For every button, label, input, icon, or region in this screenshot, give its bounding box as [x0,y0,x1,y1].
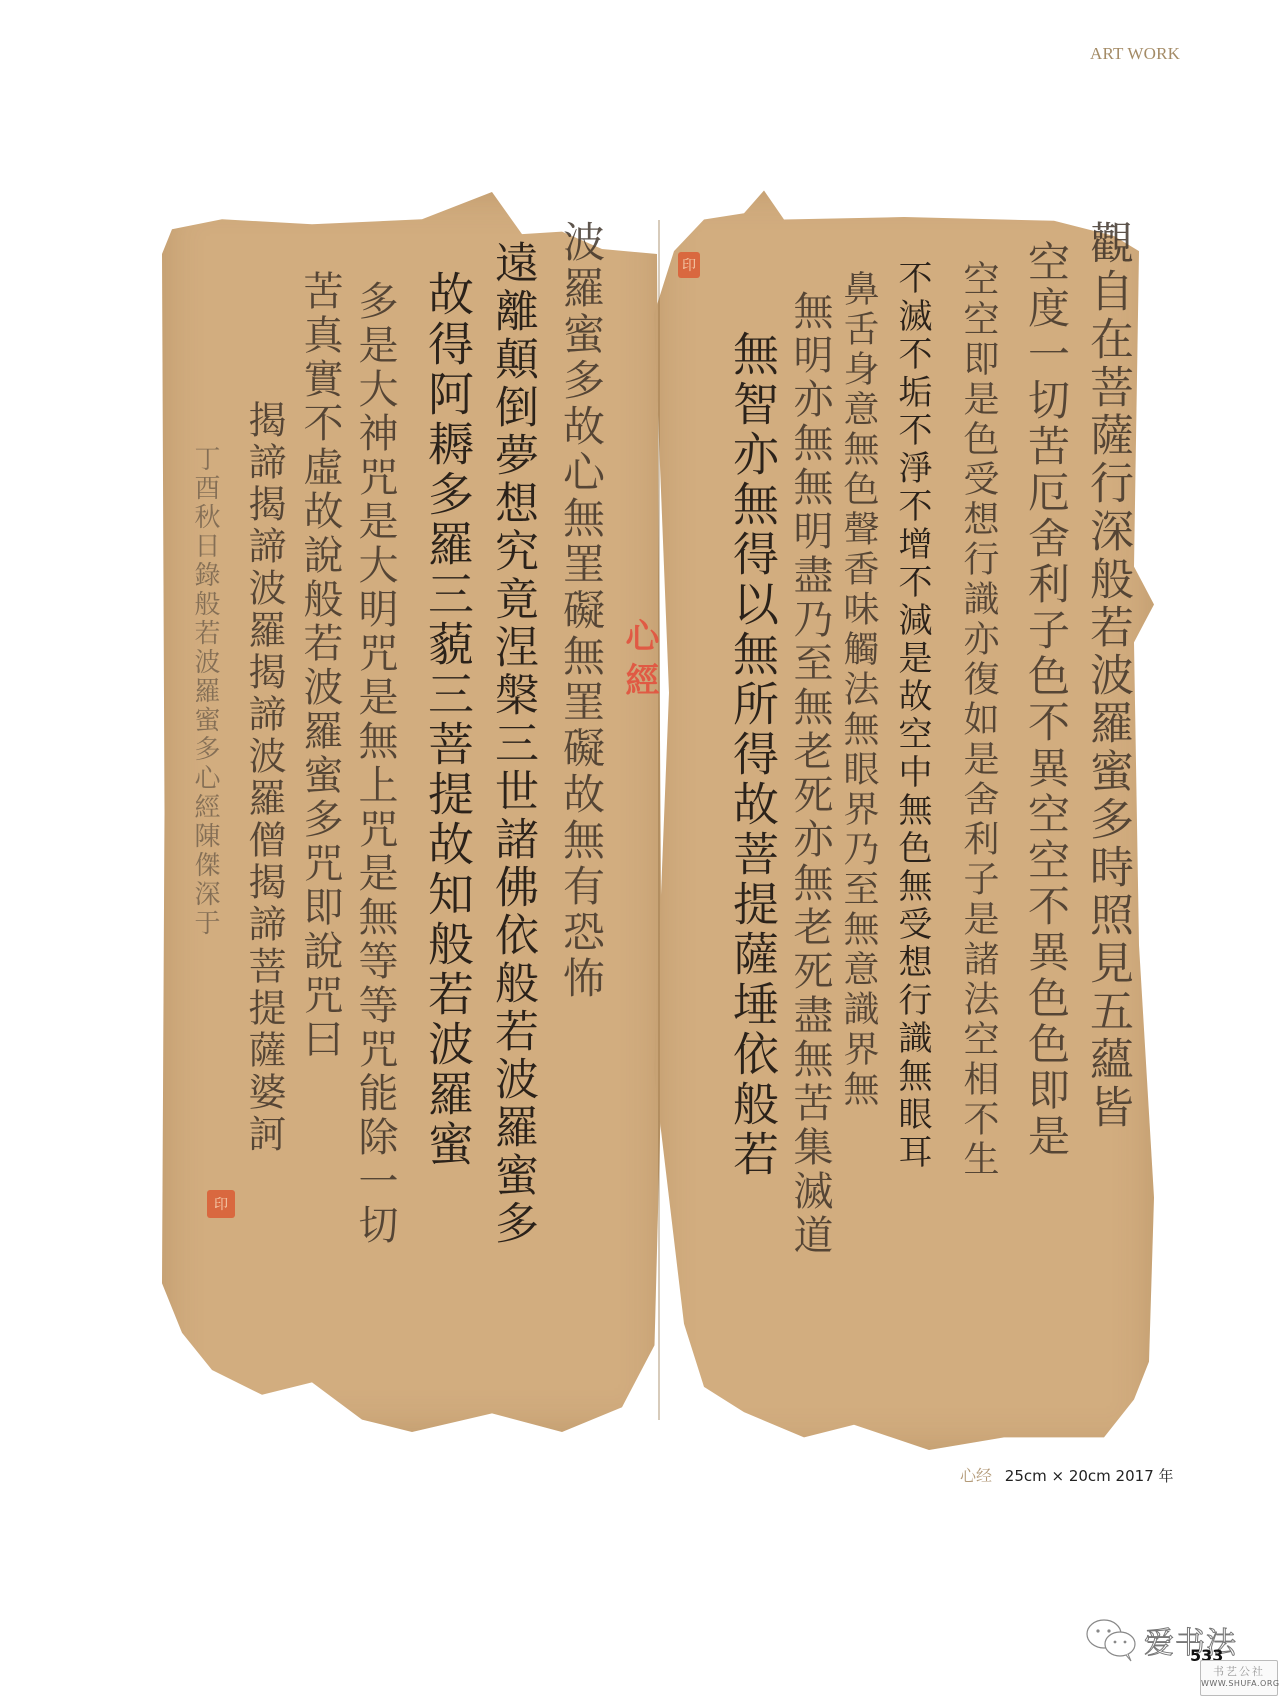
stamp-url: WWW.SHUFA.ORG [1201,1679,1277,1688]
title-seal-xinjing: 心經 [615,618,664,706]
watermark: 爱书法 533 书艺公社 WWW.SHUFA.ORG [1080,1612,1280,1696]
sutra-column: 觀自在菩薩行深般若波羅蜜多時照見五蘊皆 [1085,220,1129,1132]
sutra-column: 不滅不垢不淨不增不減是故空中無色無受想行識無眼耳 [895,260,929,1172]
paper-seam [658,220,660,1420]
caption-title: 心经 [960,1466,992,1485]
section-label: ART WORK [1090,44,1180,64]
sutra-column: 苦真實不虛故說般若波羅蜜多咒即說咒曰 [300,270,340,1062]
sutra-column: 無明亦無無明盡乃至無老死亦無老死盡無苦集滅道 [790,290,830,1258]
sutra-column: 故得阿耨多羅三藐三菩提故知般若波羅蜜 [425,270,471,1170]
sutra-column: 鼻舌身意無色聲香味觸法無眼界乃至無意識界無 [840,270,876,1110]
artist-seal-top: 印 [678,252,700,278]
wechat-icon [1084,1616,1140,1664]
stamp-line1: 书艺公社 [1201,1663,1277,1679]
caption-details: 25cm × 20cm 2017 年 [1005,1467,1174,1485]
sutra-column: 多是大神咒是大明咒是無上咒是無等等咒能除一切 [355,280,395,1248]
site-stamp: 书艺公社 WWW.SHUFA.ORG [1200,1660,1278,1696]
sutra-column: 空度一切苦厄舍利子色不異空空不異色色即是 [1025,240,1067,1160]
sutra-column: 無智亦無得以無所得故菩提薩埵依般若 [730,330,776,1180]
artist-seal-bottom: 印 [207,1190,235,1218]
sutra-column: 遠離顛倒夢想究竟涅槃三世諸佛依般若波羅蜜多 [490,240,534,1248]
sutra-column: 空空即是色受想行識亦復如是舍利子是諸法空相不生 [960,260,996,1180]
sutra-column: 揭諦揭諦波羅揭諦波羅僧揭諦菩提薩婆訶 [245,400,283,1156]
artwork-caption: 心经 25cm × 20cm 2017 年 [960,1463,1174,1486]
calligraphy-artwork: 觀自在菩薩行深般若波羅蜜多時照見五蘊皆 空度一切苦厄舍利子色不異空空不異色色即是… [150,160,1170,1460]
inscription-column: 丁酉秋日錄般若波羅蜜多心經陳傑深于 [192,445,218,938]
sutra-column: 波羅蜜多故心無罣礙無罣礙故無有恐怖 [560,220,602,1002]
